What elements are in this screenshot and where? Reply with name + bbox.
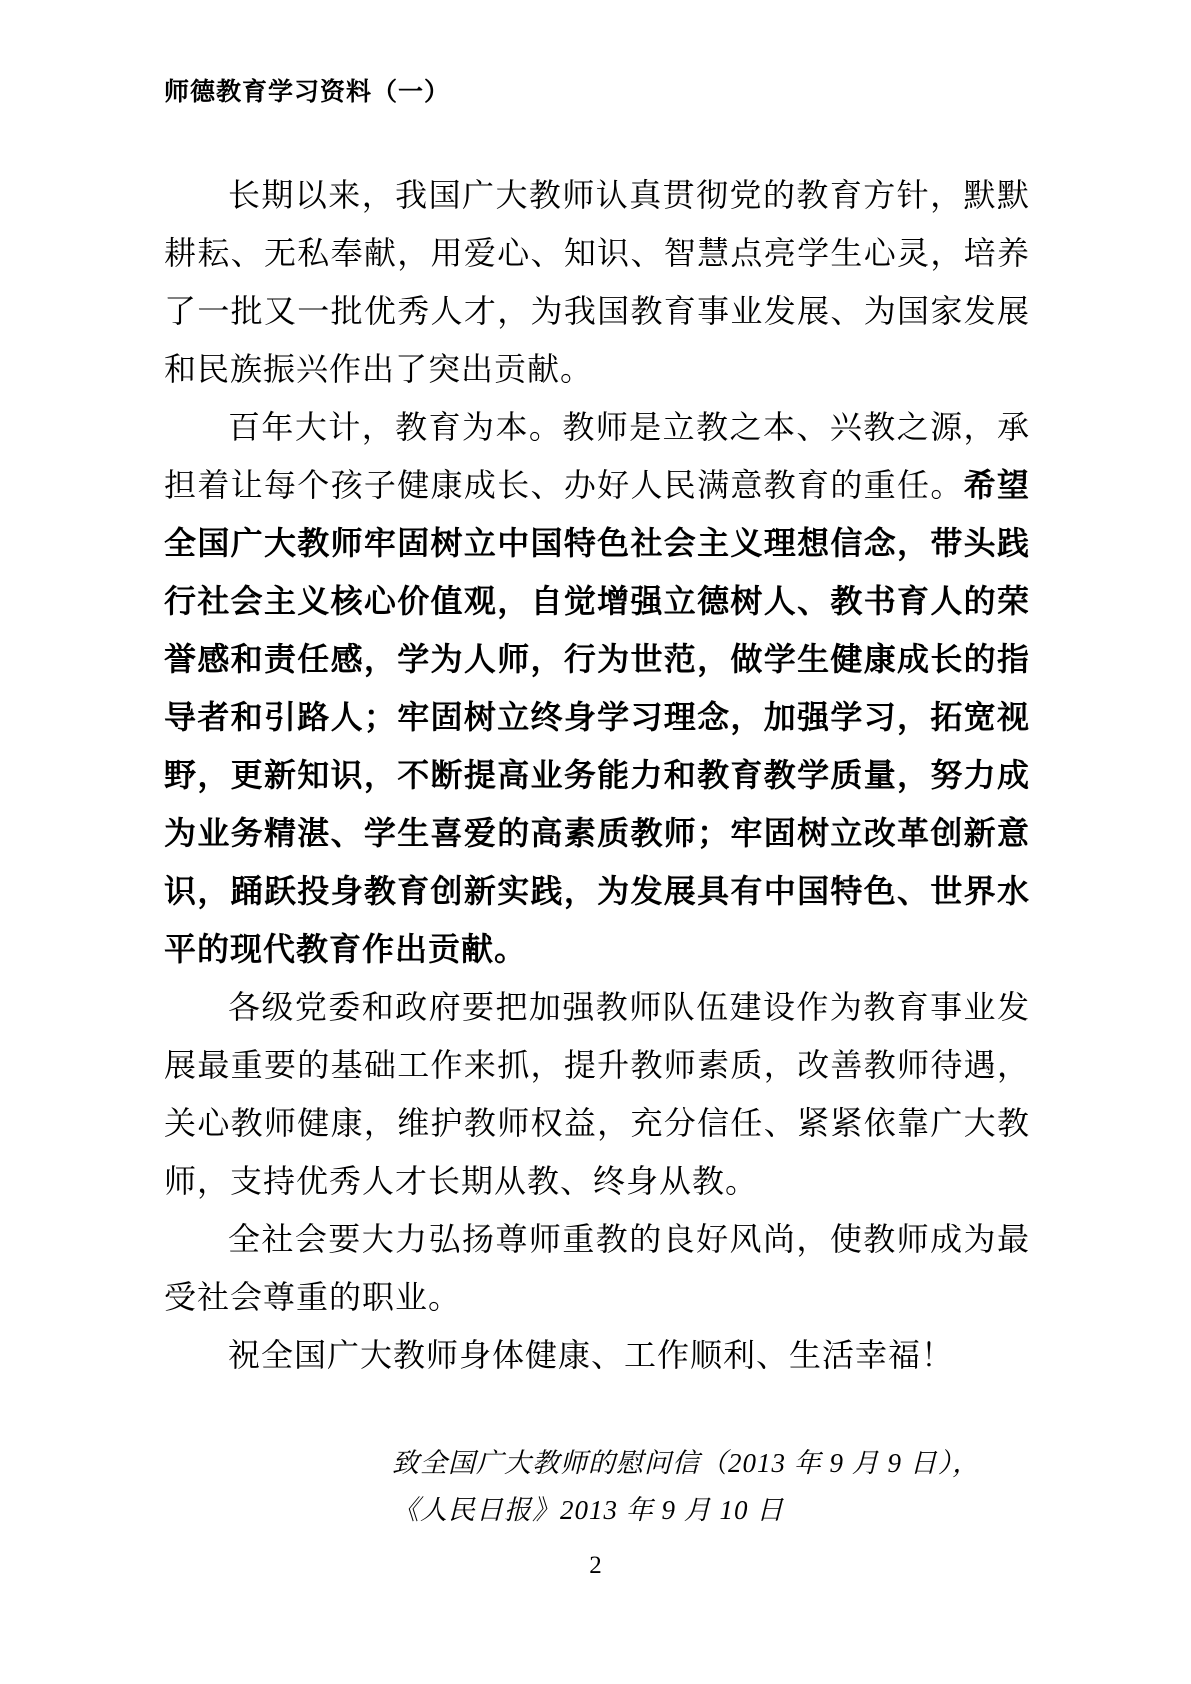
- paragraph-3: 各级党委和政府要把加强教师队伍建设作为教育事业发展最重要的基础工作来抓，提升教师…: [164, 978, 1030, 1210]
- signature-line-1: 致全国广大教师的慰问信（2013 年 9 月 9 日），: [392, 1440, 980, 1487]
- document-header-title: 师德教育学习资料（一）: [164, 72, 450, 108]
- paragraph-2: 百年大计，教育为本。教师是立教之本、兴教之源，承担着让每个孩子健康成长、办好人民…: [164, 398, 1030, 978]
- paragraph-2-regular-run: 百年大计，教育为本。教师是立教之本、兴教之源，承担着让每个孩子健康成长、办好人民…: [164, 409, 1030, 503]
- paragraph-5: 祝全国广大教师身体健康、工作顺利、生活幸福！: [164, 1326, 1030, 1384]
- signature-line-2: 《人民日报》2013 年 9 月 10 日: [392, 1487, 980, 1534]
- signature-block: 致全国广大教师的慰问信（2013 年 9 月 9 日）， 《人民日报》2013 …: [392, 1440, 980, 1534]
- page-number: 2: [0, 1552, 1191, 1580]
- paragraph-2-bold-run: 希望全国广大教师牢固树立中国特色社会主义理想信念，带头践行社会主义核心价值观，自…: [164, 467, 1030, 967]
- document-page: 师德教育学习资料（一） 长期以来，我国广大教师认真贯彻党的教育方针，默默耕耘、无…: [0, 0, 1191, 1684]
- document-body: 长期以来，我国广大教师认真贯彻党的教育方针，默默耕耘、无私奉献，用爱心、知识、智…: [164, 166, 1030, 1384]
- paragraph-4: 全社会要大力弘扬尊师重教的良好风尚，使教师成为最受社会尊重的职业。: [164, 1210, 1030, 1326]
- paragraph-1: 长期以来，我国广大教师认真贯彻党的教育方针，默默耕耘、无私奉献，用爱心、知识、智…: [164, 166, 1030, 398]
